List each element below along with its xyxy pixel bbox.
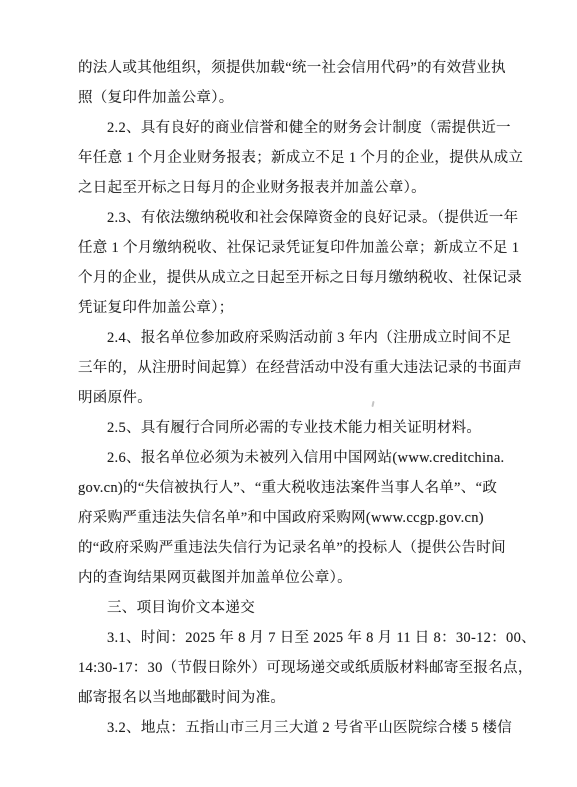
para-2-6-line: 2.6、报名单位必须为未被列入信用中国网站(www.creditchina. [78, 443, 526, 473]
para-2-2-line: 年任意 1 个月企业财务报表；新成立不足 1 个月的企业，提供从成立 [78, 143, 526, 173]
para-2-6-line: gov.cn)的“失信被执行人”、“重大税收违法案件当事人名单”、“政 [78, 473, 526, 503]
para-2-6-line: 的“政府采购严重违法失信行为记录名单”的投标人（提供公告时间 [78, 533, 526, 563]
para-2-6-line: 府采购严重违法失信名单”和中国政府采购网(www.ccgp.gov.cn) [78, 503, 526, 533]
document-page: 的法人或其他组织，须提供加载“统一社会信用代码”的有效营业执 照（复印件加盖公章… [0, 0, 577, 787]
para-2-4-line: 2.4、报名单位参加政府采购活动前 3 年内（注册成立时间不足 [78, 323, 526, 353]
para-2-5-line: 2.5、具有履行合同所必需的专业技术能力相关证明材料。 [78, 413, 526, 443]
para-2-2-line: 2.2、具有良好的商业信誉和健全的财务会计制度（需提供近一 [78, 113, 526, 143]
para-2-4-line: 三年的，从注册时间起算）在经营活动中没有重大违法记录的书面声 [78, 353, 526, 383]
para-business-license-line: 的法人或其他组织，须提供加载“统一社会信用代码”的有效营业执 [78, 53, 526, 83]
section-3-heading: 三、项目询价文本递交 [78, 593, 526, 623]
para-2-3-line: 个月的企业，提供从成立之日起至开标之日每月缴纳税收、社保记录 [78, 263, 526, 293]
para-3-2-line: 3.2、地点：五指山市三月三大道 2 号省平山医院综合楼 5 楼信 [78, 713, 526, 743]
para-2-6-line: 内的查询结果网页截图并加盖单位公章）。 [78, 563, 526, 593]
para-2-3-line: 2.3、有依法缴纳税收和社会保障资金的良好记录。（提供近一年 [78, 203, 526, 233]
para-3-1-line: 14:30-17：30（节假日除外）可现场递交或纸质版材料邮寄至报名点， [78, 653, 526, 683]
para-3-1-line: 3.1、时间：2025 年 8 月 7 日至 2025 年 8 月 11 日 8… [78, 623, 526, 653]
para-2-2-line: 之日起至开标之日每月的企业财务报表并加盖公章）。 [78, 173, 526, 203]
para-2-4-line: 明函原件。 [78, 383, 526, 413]
para-2-3-line: 凭证复印件加盖公章）； [78, 293, 526, 323]
para-3-1-line: 邮寄报名以当地邮戳时间为准。 [78, 683, 526, 713]
para-business-license-line: 照（复印件加盖公章）。 [78, 83, 526, 113]
para-2-3-line: 任意 1 个月缴纳税收、社保记录凭证复印件加盖公章；新成立不足 1 [78, 233, 526, 263]
document-body: 的法人或其他组织，须提供加载“统一社会信用代码”的有效营业执 照（复印件加盖公章… [78, 53, 526, 743]
